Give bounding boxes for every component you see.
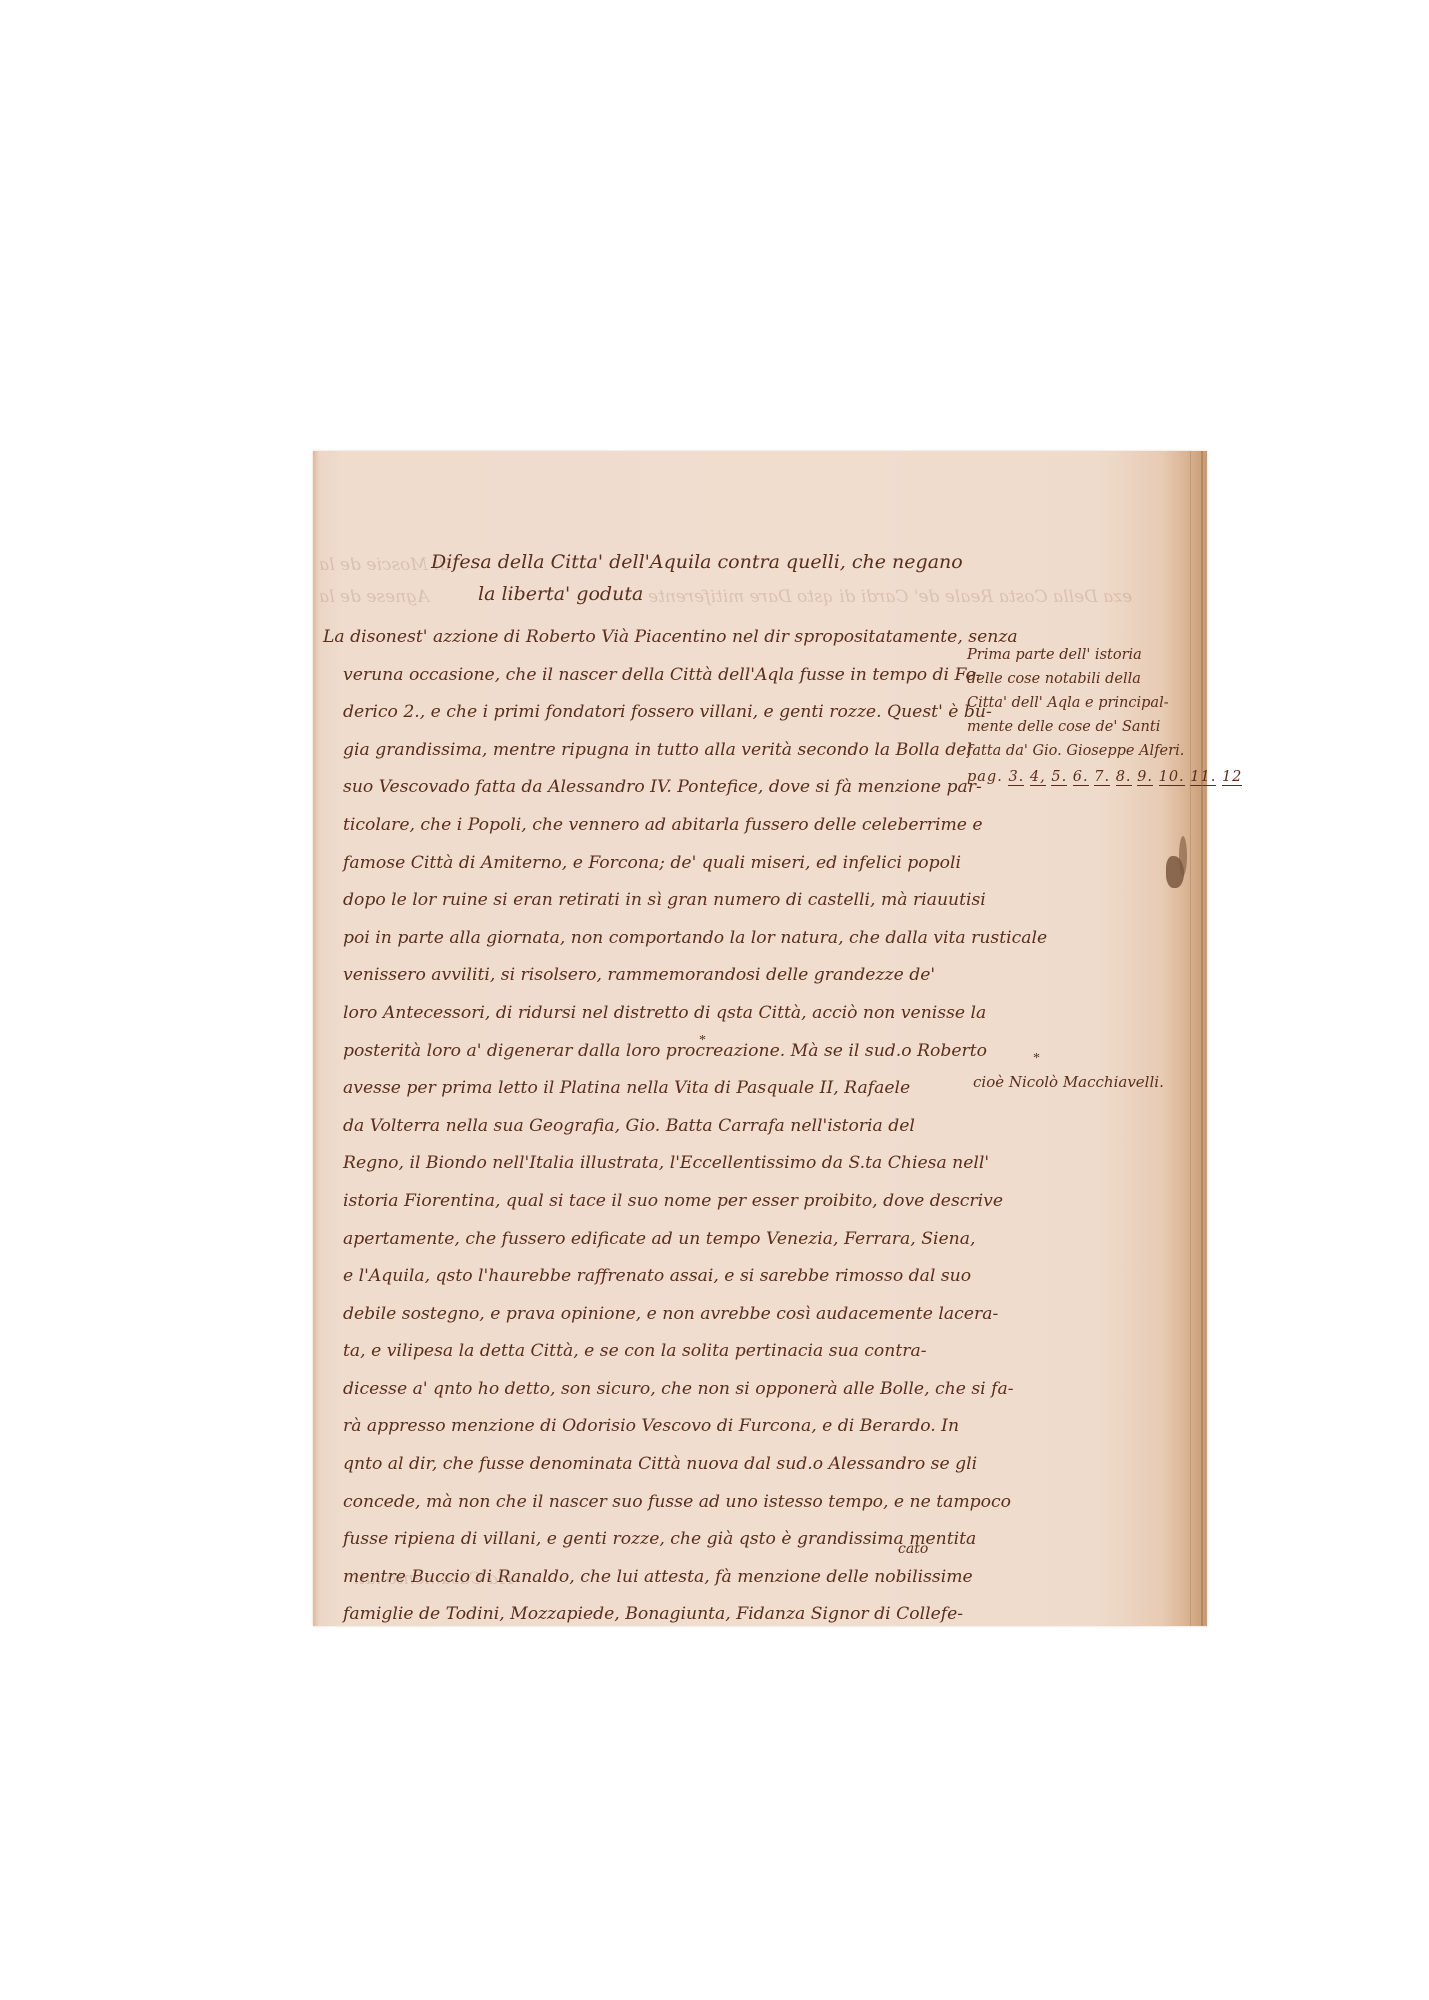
body-line: famose Città di Amiterno, e Forcona; de'… — [323, 845, 963, 883]
body-line: derico 2., e che i primi fondatori fosse… — [323, 694, 963, 732]
margin-footnote: cioè Nicolò Macchiavelli. — [973, 1073, 1164, 1091]
body-line: dicesse a' qnto ho detto, son sicuro, ch… — [323, 1371, 963, 1409]
body-line: da Volterra nella sua Geografia, Gio. Ba… — [323, 1108, 963, 1146]
body-line: La disonest' azzione di Roberto Vià Piac… — [323, 619, 963, 657]
body-line: apertamente, che fussero edificate ad un… — [323, 1221, 963, 1259]
page-ref: 6. — [1073, 769, 1089, 786]
body-line: mentre Buccio di Ranaldo, che lui attest… — [323, 1559, 963, 1597]
page-ref: 10. — [1159, 769, 1185, 786]
margin-note-line: delle cose notabili della — [967, 667, 1197, 691]
body-line: veruna occasione, che il nascer della Ci… — [323, 657, 963, 695]
page-ref: 9. — [1137, 769, 1153, 786]
catchword: cato — [898, 1541, 928, 1557]
page-ref: 5. — [1051, 769, 1067, 786]
body-line: istoria Fiorentina, qual si tace il suo … — [323, 1183, 963, 1221]
footnote-marker-margin: * — [1033, 1051, 1040, 1067]
page-ref: 7. — [1094, 769, 1110, 786]
ink-blot — [1166, 856, 1184, 888]
document-body: La disonest' azzione di Roberto Vià Piac… — [323, 619, 963, 1634]
page-ref: 11. — [1190, 769, 1216, 786]
body-line: qnto al dir, che fusse denominata Città … — [323, 1446, 963, 1484]
body-line: famiglie de Todini, Mozzapiede, Bonagiun… — [323, 1596, 963, 1634]
body-line: rà appresso menzione di Odorisio Vescovo… — [323, 1408, 963, 1446]
page-ref: 8. — [1116, 769, 1132, 786]
body-line: e l'Aquila, qsto l'haurebbe raffrenato a… — [323, 1258, 963, 1296]
body-line: fusse ripiena di villani, e genti rozze,… — [323, 1521, 963, 1559]
margin-note-line: Prima parte dell' istoria — [967, 643, 1197, 667]
margin-note-line: mente delle cose de' Santi — [967, 715, 1197, 739]
page-ref: 3. — [1008, 769, 1024, 786]
manuscript-page: di Moscie de la Agnese de la eza Della C… — [313, 451, 1207, 1626]
margin-note-line: Citta' dell' Aqla e principal- — [967, 691, 1197, 715]
body-line: ticolare, che i Popoli, che vennero ad a… — [323, 807, 963, 845]
margin-page-references: pag. 3. 4, 5. 6. 7. 8. 9. 10. 11. 12 — [967, 765, 1197, 789]
margin-note: Prima parte dell' istoria delle cose not… — [967, 643, 1197, 789]
body-line: concede, mà non che il nascer suo fusse … — [323, 1484, 963, 1522]
body-line: loro Antecessori, di ridursi nel distret… — [323, 995, 963, 1033]
footnote-marker-in-text: * — [699, 1033, 706, 1049]
body-line: poi in parte alla giornata, non comporta… — [323, 920, 963, 958]
body-line: dopo le lor ruine si eran retirati in sì… — [323, 882, 963, 920]
page-ref: 4, — [1030, 769, 1046, 786]
body-line: ta, e vilipesa la detta Città, e se con … — [323, 1333, 963, 1371]
bleed-through-text: di Moscie de la — [319, 555, 449, 575]
margin-note-line: fatta da' Gio. Gioseppe Alferi. — [967, 739, 1197, 763]
body-line: venissero avviliti, si risolsero, rammem… — [323, 957, 963, 995]
document-title: Difesa della Citta' dell'Aquila contra q… — [431, 551, 963, 573]
body-line: Regno, il Biondo nell'Italia illustrata,… — [323, 1145, 963, 1183]
bleed-through-text: Agnese de la — [319, 587, 429, 607]
pages-label: pag. — [967, 769, 1003, 785]
body-line: debile sostegno, e prava opinione, e non… — [323, 1296, 963, 1334]
document-subtitle: la liberta' goduta — [478, 583, 643, 605]
bleed-through-text: eza Della Costa Reale de' Cardi di qsto … — [648, 587, 1132, 607]
body-line: suo Vescovado fatta da Alessandro IV. Po… — [323, 769, 963, 807]
body-line: avesse per prima letto il Platina nella … — [323, 1070, 963, 1108]
body-line: gia grandissima, mentre ripugna in tutto… — [323, 732, 963, 770]
body-line: posterità loro a' digenerar dalla loro p… — [323, 1033, 963, 1071]
page-ref: 12 — [1222, 769, 1242, 786]
